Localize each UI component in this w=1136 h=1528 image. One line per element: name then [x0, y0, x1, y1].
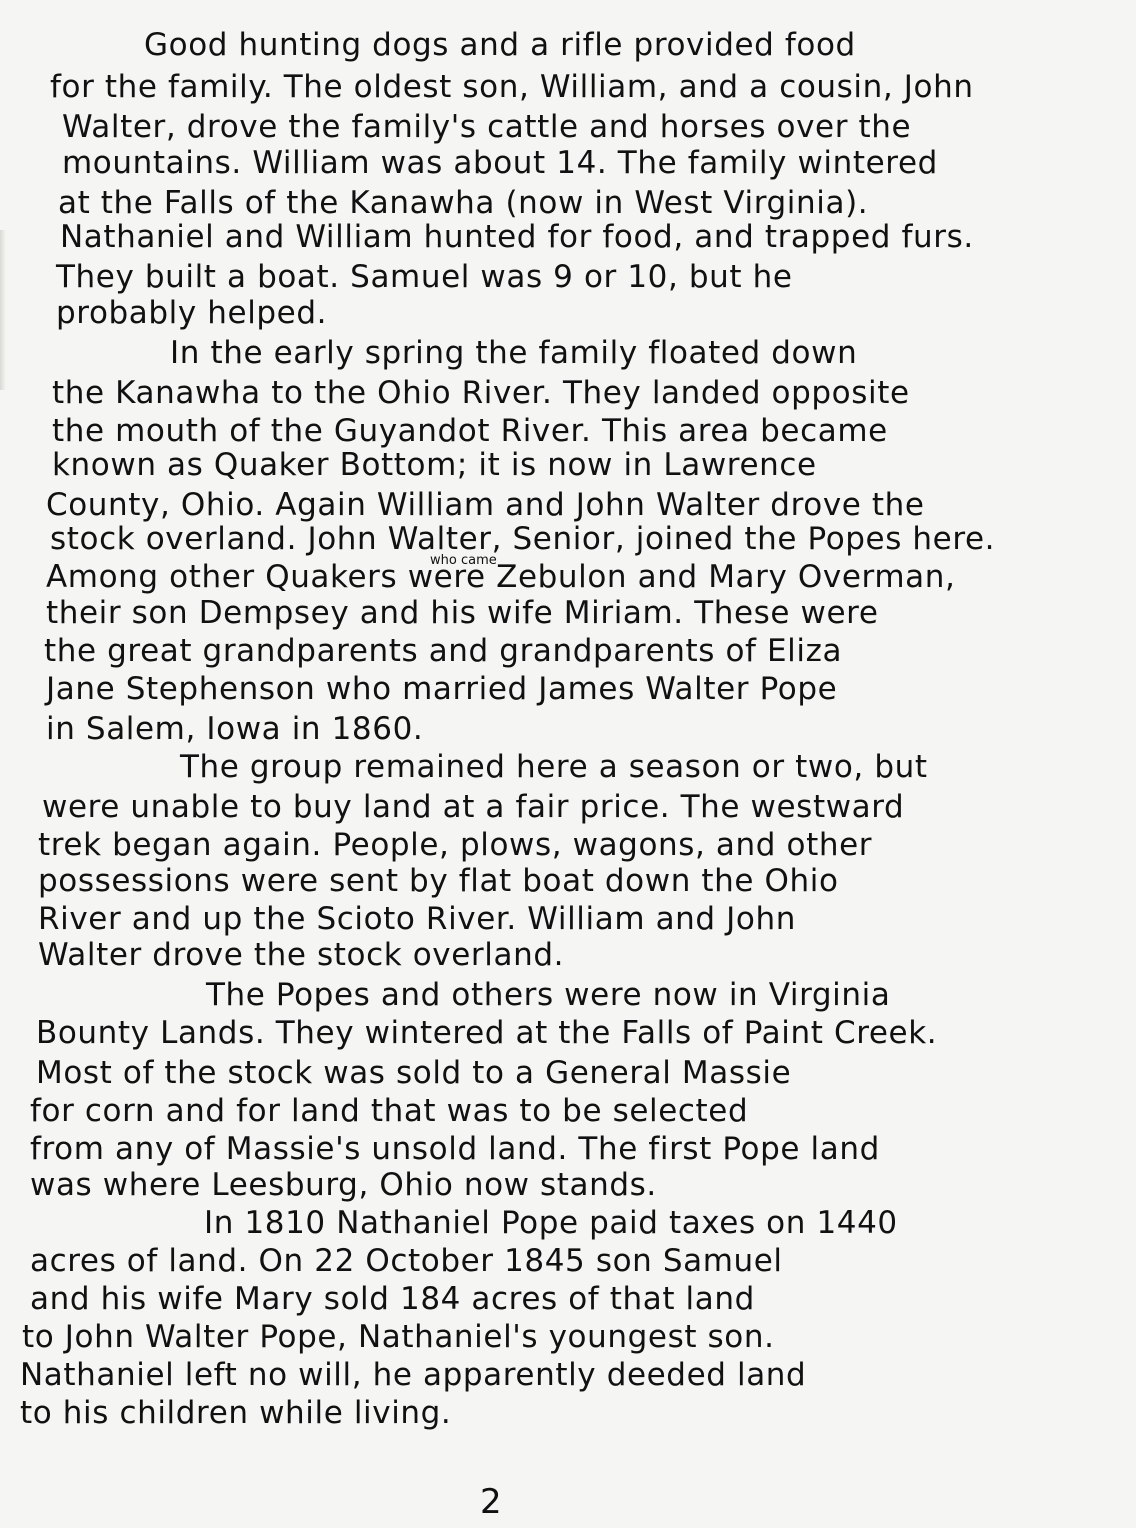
- text-line: the mouth of the Guyandot River. This ar…: [52, 416, 888, 447]
- text-line: In the early spring the family floated d…: [170, 338, 857, 369]
- text-line: Most of the stock was sold to a General …: [36, 1058, 791, 1089]
- text-line: at the Falls of the Kanawha (now in West…: [58, 188, 868, 219]
- text-line: River and up the Scioto River. William a…: [38, 904, 796, 935]
- text-line: Bounty Lands. They wintered at the Falls…: [36, 1018, 937, 1049]
- text-line: Good hunting dogs and a rifle provided f…: [144, 30, 856, 61]
- text-line: the Kanawha to the Ohio River. They land…: [52, 378, 910, 409]
- text-line: The group remained here a season or two,…: [180, 752, 928, 783]
- text-line: known as Quaker Bottom; it is now in Law…: [52, 450, 817, 481]
- page-number: 2: [480, 1482, 502, 1522]
- text-line: mountains. William was about 14. The fam…: [62, 148, 938, 179]
- text-line: their son Dempsey and his wife Miriam. T…: [46, 598, 879, 629]
- document-page: Good hunting dogs and a rifle provided f…: [0, 0, 1136, 1528]
- text-line: stock overland. John Walter, Senior, joi…: [50, 524, 995, 555]
- text-line: and his wife Mary sold 184 acres of that…: [30, 1284, 755, 1315]
- text-line: The Popes and others were now in Virgini…: [206, 980, 890, 1011]
- text-line: Nathaniel and William hunted for food, a…: [60, 222, 974, 253]
- text-line: acres of land. On 22 October 1845 son Sa…: [30, 1246, 783, 1277]
- text-line: They built a boat. Samuel was 9 or 10, b…: [56, 262, 793, 293]
- text-line: probably helped.: [56, 298, 327, 329]
- text-line: from any of Massie's unsold land. The fi…: [30, 1134, 880, 1165]
- text-line: was where Leesburg, Ohio now stands.: [30, 1170, 657, 1201]
- text-line: trek began again. People, plows, wagons,…: [38, 830, 872, 861]
- text-line: in Salem, Iowa in 1860.: [46, 714, 423, 745]
- text-line: Walter, drove the family's cattle and ho…: [62, 112, 911, 143]
- text-line: possessions were sent by flat boat down …: [38, 866, 839, 897]
- text-line: for the family. The oldest son, William,…: [50, 72, 974, 103]
- text-line: Jane Stephenson who married James Walter…: [46, 674, 837, 705]
- text-line: County, Ohio. Again William and John Wal…: [46, 490, 925, 521]
- text-line: Nathaniel left no will, he apparently de…: [20, 1360, 806, 1391]
- text-line: In 1810 Nathaniel Pope paid taxes on 144…: [204, 1208, 898, 1239]
- text-line: for corn and for land that was to be sel…: [30, 1096, 748, 1127]
- text-line: Walter drove the stock overland.: [38, 940, 564, 971]
- text-line: to his children while living.: [20, 1398, 451, 1429]
- text-line: to John Walter Pope, Nathaniel's younges…: [22, 1322, 775, 1353]
- text-line: Among other Quakers were Zebulon and Mar…: [46, 562, 955, 593]
- text-line: the great grandparents and grandparents …: [44, 636, 842, 667]
- text-line: were unable to buy land at a fair price.…: [42, 792, 904, 823]
- scan-edge-shadow: [0, 230, 6, 390]
